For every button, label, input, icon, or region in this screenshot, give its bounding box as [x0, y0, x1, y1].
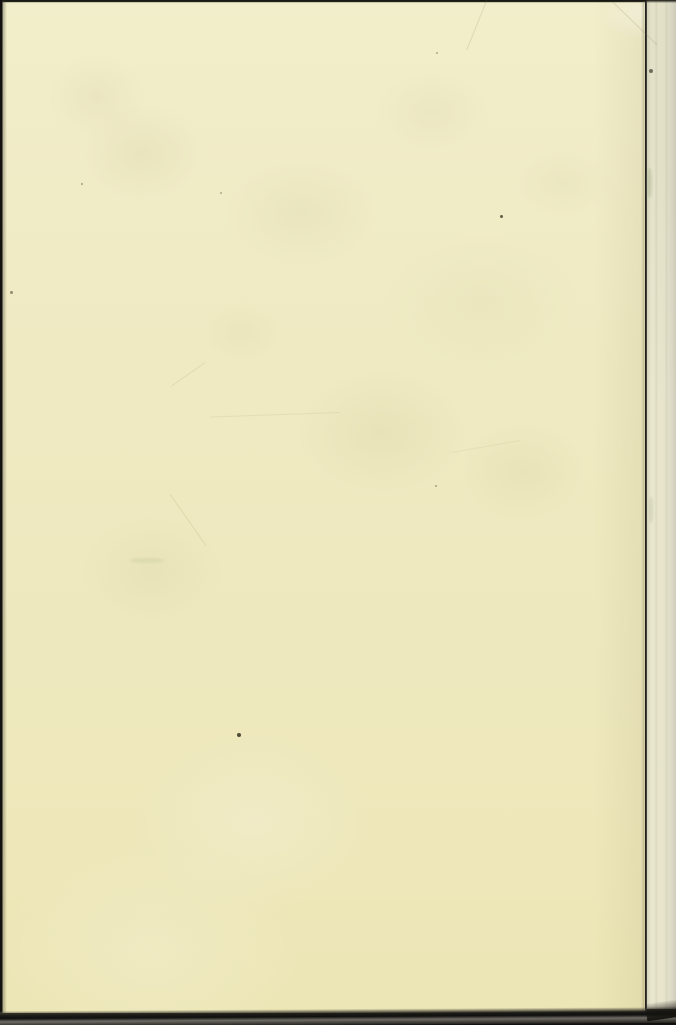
- speck: [436, 52, 438, 54]
- scanned-page: [0, 0, 676, 1025]
- stain: [647, 168, 652, 198]
- speck: [500, 215, 503, 218]
- stain: [130, 558, 164, 563]
- scan-border-left: [0, 0, 8, 1025]
- scan-border-top: [0, 0, 676, 3]
- scan-border-bottom: [0, 1007, 676, 1025]
- speck: [435, 485, 437, 487]
- stain: [649, 497, 653, 523]
- speck: [220, 192, 222, 194]
- paper-page: [2, 2, 645, 1013]
- speck: [10, 291, 13, 294]
- speck: [237, 733, 241, 737]
- speck: [649, 69, 653, 73]
- scan-corner-bottom-right: [645, 999, 676, 1022]
- speck: [81, 183, 83, 185]
